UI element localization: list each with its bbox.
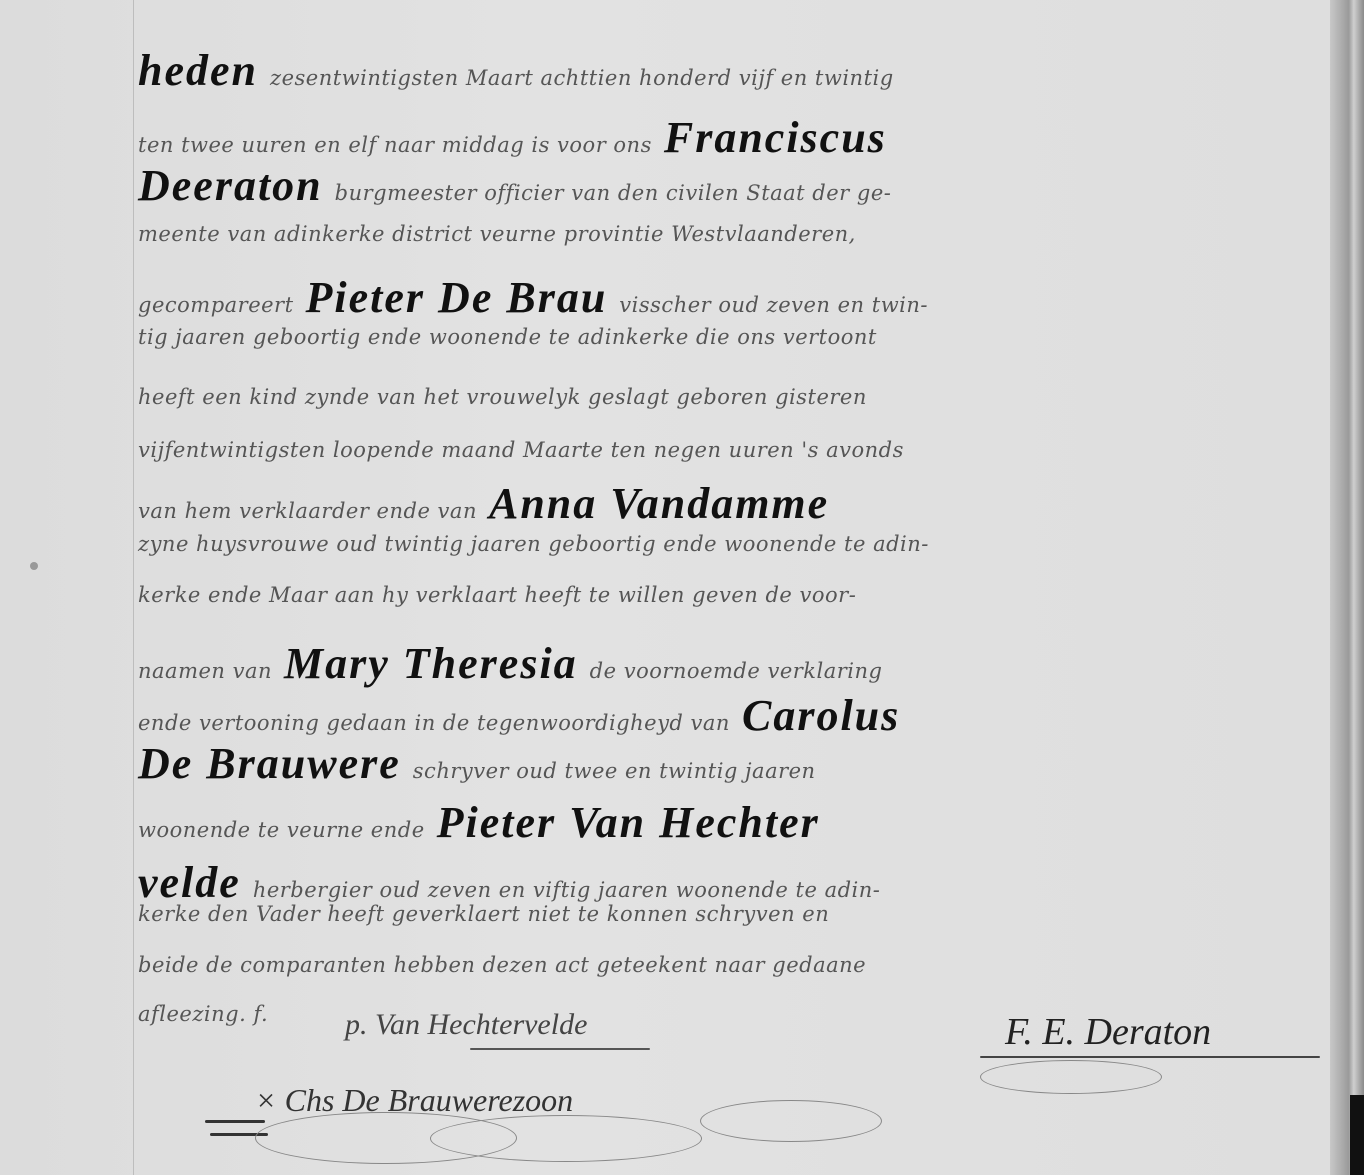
line-text: ten twee uuren en elf naar middag is voo… bbox=[138, 133, 652, 157]
text-line: vijfentwintigsten loopende maand Maarte … bbox=[138, 438, 1328, 478]
text-line: van hem verklaarder ende vanAnna Vandamm… bbox=[138, 478, 1328, 518]
line-text: meente van adinkerke district veurne pro… bbox=[138, 222, 856, 246]
line-text: afleezing. f. bbox=[138, 1002, 268, 1026]
line-text: zesentwintigsten Maart achttien honderd … bbox=[270, 66, 894, 90]
line-text: de voornoemde verklaring bbox=[590, 659, 883, 683]
book-binding-edge bbox=[1330, 0, 1364, 1175]
text-line: beide de comparanten hebben dezen act ge… bbox=[138, 953, 1328, 993]
text-line: zyne huysvrouwe oud twintig jaaren geboo… bbox=[138, 532, 1328, 572]
paper-spot bbox=[30, 562, 38, 570]
line-text: gecompareert bbox=[138, 293, 294, 317]
personal-name: Franciscus bbox=[664, 112, 887, 163]
signature-underline bbox=[980, 1056, 1320, 1058]
line-text: woonende te veurne ende bbox=[138, 818, 425, 842]
line-text: visscher oud zeven en twin- bbox=[619, 293, 928, 317]
personal-name: Carolus bbox=[742, 690, 900, 741]
line-text: ende vertooning gedaan in de tegenwoordi… bbox=[138, 711, 730, 735]
line-text: kerke den Vader heeft geverklaert niet t… bbox=[138, 902, 829, 926]
line-text: heeft een kind zynde van het vrouwelyk g… bbox=[138, 385, 867, 409]
text-line: veldeherbergier oud zeven en viftig jaar… bbox=[138, 857, 1328, 897]
signature-flourish bbox=[430, 1115, 702, 1162]
line-text: schryver oud twee en twintig jaaren bbox=[413, 759, 816, 783]
text-line: woonende te veurne endePieter Van Hechte… bbox=[138, 797, 1328, 837]
text-line: tig jaaren geboortig ende woonende te ad… bbox=[138, 325, 1328, 365]
line-text: zyne huysvrouwe oud twintig jaaren geboo… bbox=[138, 532, 929, 556]
personal-name: heden bbox=[138, 45, 258, 96]
signature-witness-van-hechtervelde: p. Van Hechtervelde bbox=[345, 1008, 587, 1042]
text-line: De Brauwereschryver oud twee en twintig … bbox=[138, 738, 1328, 778]
text-line: Deeratonburgmeester officier van den civ… bbox=[138, 160, 1328, 200]
text-line: meente van adinkerke district veurne pro… bbox=[138, 222, 1328, 262]
personal-name: Mary Theresia bbox=[284, 638, 578, 689]
text-line: kerke den Vader heeft geverklaert niet t… bbox=[138, 902, 1328, 942]
personal-name: Deeraton bbox=[138, 160, 323, 211]
text-line: kerke ende Maar aan hy verklaart heeft t… bbox=[138, 583, 1328, 623]
line-text: vijfentwintigsten loopende maand Maarte … bbox=[138, 438, 904, 462]
line-text: tig jaaren geboortig ende woonende te ad… bbox=[138, 325, 877, 349]
line-text: naamen van bbox=[138, 659, 272, 683]
personal-name: Pieter De Brau bbox=[306, 272, 608, 323]
line-text: herbergier oud zeven en viftig jaaren wo… bbox=[253, 878, 881, 902]
line-text: kerke ende Maar aan hy verklaart heeft t… bbox=[138, 583, 856, 607]
register-page: hedenzesentwintigsten Maart achttien hon… bbox=[0, 0, 1330, 1175]
personal-name: velde bbox=[138, 857, 241, 908]
text-line: gecompareertPieter De Brauvisscher oud z… bbox=[138, 272, 1328, 312]
line-text: beide de comparanten hebben dezen act ge… bbox=[138, 953, 866, 977]
signature-flourish-bar bbox=[205, 1120, 265, 1123]
signature-mayor: F. E. Deraton bbox=[1005, 1010, 1211, 1054]
text-line: hedenzesentwintigsten Maart achttien hon… bbox=[138, 45, 1328, 85]
personal-name: De Brauwere bbox=[138, 738, 401, 789]
signature-underline bbox=[470, 1048, 650, 1050]
text-line: ten twee uuren en elf naar middag is voo… bbox=[138, 112, 1328, 152]
signature-flourish bbox=[980, 1060, 1162, 1094]
signature-flourish bbox=[700, 1100, 882, 1142]
margin-rule bbox=[133, 0, 134, 1175]
line-text: burgmeester officier van den civilen Sta… bbox=[335, 181, 892, 205]
personal-name: Anna Vandamme bbox=[489, 478, 829, 529]
personal-name: Pieter Van Hechter bbox=[437, 797, 820, 848]
line-text: van hem verklaarder ende van bbox=[138, 499, 477, 523]
text-line: heeft een kind zynde van het vrouwelyk g… bbox=[138, 385, 1328, 425]
text-line: naamen vanMary Theresiade voornoemde ver… bbox=[138, 638, 1328, 678]
text-line: ende vertooning gedaan in de tegenwoordi… bbox=[138, 690, 1328, 730]
